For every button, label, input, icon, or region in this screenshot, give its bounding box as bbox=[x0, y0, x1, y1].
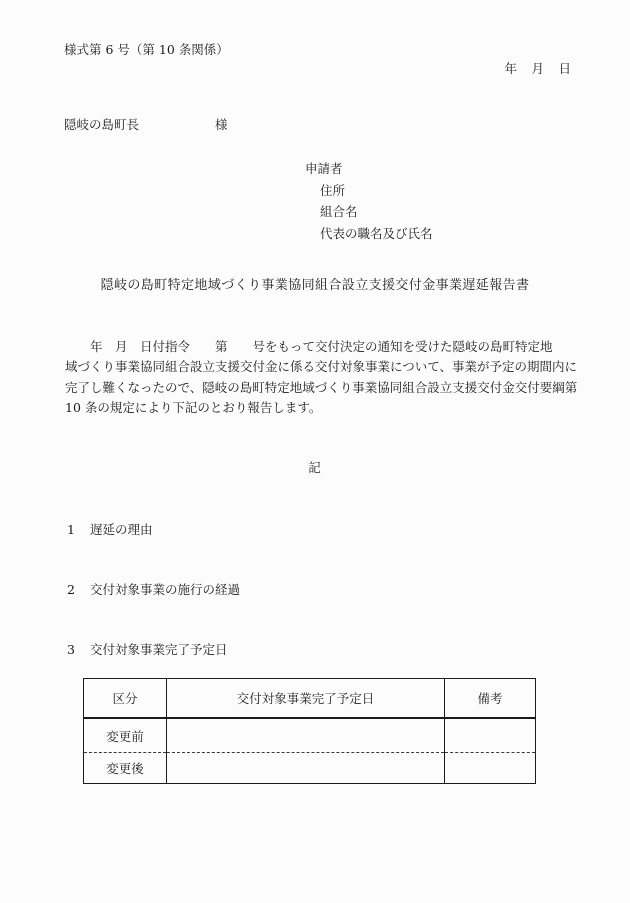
form-number: 様式第 6 号（第 10 条関係） bbox=[64, 42, 229, 58]
applicant-block: 申請者 住所 組合名 代表の職名及び氏名 bbox=[305, 158, 433, 245]
list-item-completion-date: 3 交付対象事業完了予定日 bbox=[67, 642, 228, 658]
addressee-honorific: 様 bbox=[215, 117, 228, 132]
item-label: 遅延の理由 bbox=[90, 522, 153, 538]
body-line: 10 条の規定により下記のとおり報告します。 bbox=[65, 398, 567, 418]
body-paragraph: 年 月 日付指令 第 号をもって交付決定の通知を受けた隠岐の島町特定地 域づくり… bbox=[65, 337, 567, 419]
applicant-field-address: 住所 bbox=[305, 180, 433, 202]
cell-before-note bbox=[445, 718, 536, 753]
row-before-label: 変更前 bbox=[84, 718, 167, 753]
item-label: 交付対象事業完了予定日 bbox=[90, 642, 228, 658]
table-row-before-change: 変更前 bbox=[84, 718, 536, 753]
record-marker: 記 bbox=[0, 460, 630, 476]
list-item-delay-reason: 1 遅延の理由 bbox=[67, 522, 153, 538]
item-number: 3 bbox=[67, 642, 77, 658]
cell-after-note bbox=[445, 753, 536, 784]
body-line: 年 月 日付指令 第 号をもって交付決定の通知を受けた隠岐の島町特定地 bbox=[65, 337, 567, 357]
applicant-field-representative: 代表の職名及び氏名 bbox=[305, 223, 433, 245]
row-after-label: 変更後 bbox=[84, 753, 167, 784]
date-line: 年 月 日 bbox=[504, 61, 572, 77]
addressee-name: 隠岐の島町長 bbox=[64, 117, 139, 132]
cell-before-date bbox=[167, 718, 445, 753]
item-label: 交付対象事業の施行の経過 bbox=[90, 582, 240, 598]
item-number: 2 bbox=[67, 582, 77, 598]
body-line: 域づくり事業協同組合設立支援交付金に係る交付対象事業について、事業が予定の期間内… bbox=[65, 357, 567, 377]
completion-date-table: 区分 交付対象事業完了予定日 備考 変更前 変更後 bbox=[83, 678, 536, 784]
table-header-note: 備考 bbox=[445, 679, 536, 719]
body-line: 完了し難くなったので、隠岐の島町特定地域づくり事業協同組合設立支援交付金交付要綱… bbox=[65, 378, 567, 398]
document-title: 隠岐の島町特定地域づくり事業協同組合設立支援交付金事業遅延報告書 bbox=[0, 278, 630, 294]
table-header-completion-date: 交付対象事業完了予定日 bbox=[167, 679, 445, 719]
addressee-line: 隠岐の島町長様 bbox=[64, 117, 228, 133]
cell-after-date bbox=[167, 753, 445, 784]
table-row-after-change: 変更後 bbox=[84, 753, 536, 784]
table-header-category: 区分 bbox=[84, 679, 167, 719]
item-number: 1 bbox=[67, 522, 77, 538]
applicant-field-union-name: 組合名 bbox=[305, 201, 433, 223]
list-item-progress: 2 交付対象事業の施行の経過 bbox=[67, 582, 240, 598]
applicant-label: 申請者 bbox=[305, 158, 433, 180]
table-header-row: 区分 交付対象事業完了予定日 備考 bbox=[84, 679, 536, 719]
document-page: 様式第 6 号（第 10 条関係） 年 月 日 隠岐の島町長様 申請者 住所 組… bbox=[0, 0, 630, 903]
